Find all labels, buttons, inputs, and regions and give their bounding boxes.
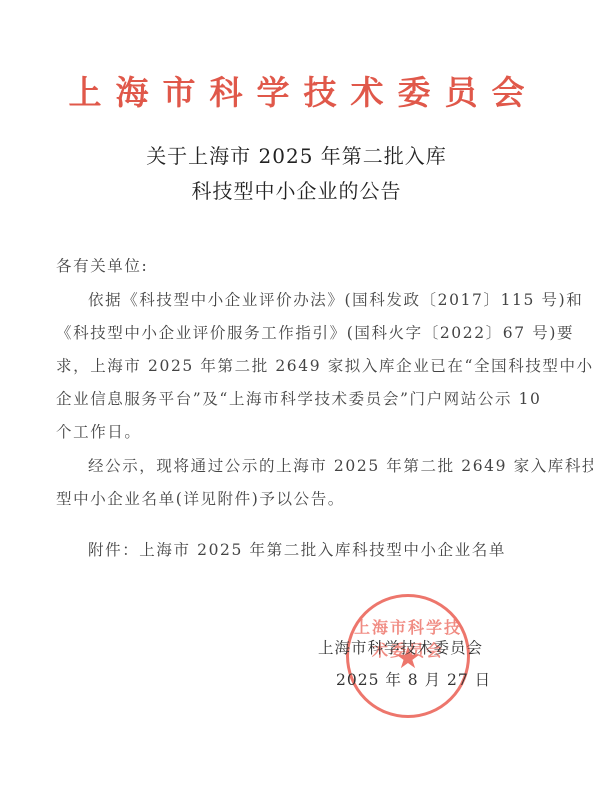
paragraph1-line3: 求，上海市 2025 年第二批 2649 家拟入库企业已在“全国科技型中小 (56, 356, 546, 376)
document-title-line1: 关于上海市 2025 年第二批入库 (0, 143, 593, 169)
paragraph1-line1: 依据《科技型中小企业评价办法》(国科发政〔2017〕115 号)和 (88, 290, 578, 310)
paragraph2-line2: 型中小企业名单(详见附件)予以公告。 (56, 489, 546, 509)
attachment-line: 附件：上海市 2025 年第二批入库科技型中小企业名单 (88, 540, 578, 560)
paragraph1-line5: 个工作日。 (56, 422, 546, 442)
paragraph1-line2: 《科技型中小企业评价服务工作指引》(国科火字〔2022〕67 号)要 (56, 323, 546, 343)
masthead-title: 上海市科学技术委员会 (0, 73, 593, 113)
paragraph2-line1: 经公示，现将通过公示的上海市 2025 年第二批 2649 家入库科技 (88, 456, 578, 476)
paragraph1-line4: 企业信息服务平台”及“上海市科学技术委员会”门户网站公示 10 (56, 389, 546, 409)
salutation: 各有关单位: (56, 256, 546, 276)
signature-date: 2025 年 8 月 27 日 (336, 668, 491, 690)
signature-organization: 上海市科学技术委员会 (318, 636, 483, 658)
document-title-line2: 科技型中小企业的公告 (0, 178, 593, 204)
